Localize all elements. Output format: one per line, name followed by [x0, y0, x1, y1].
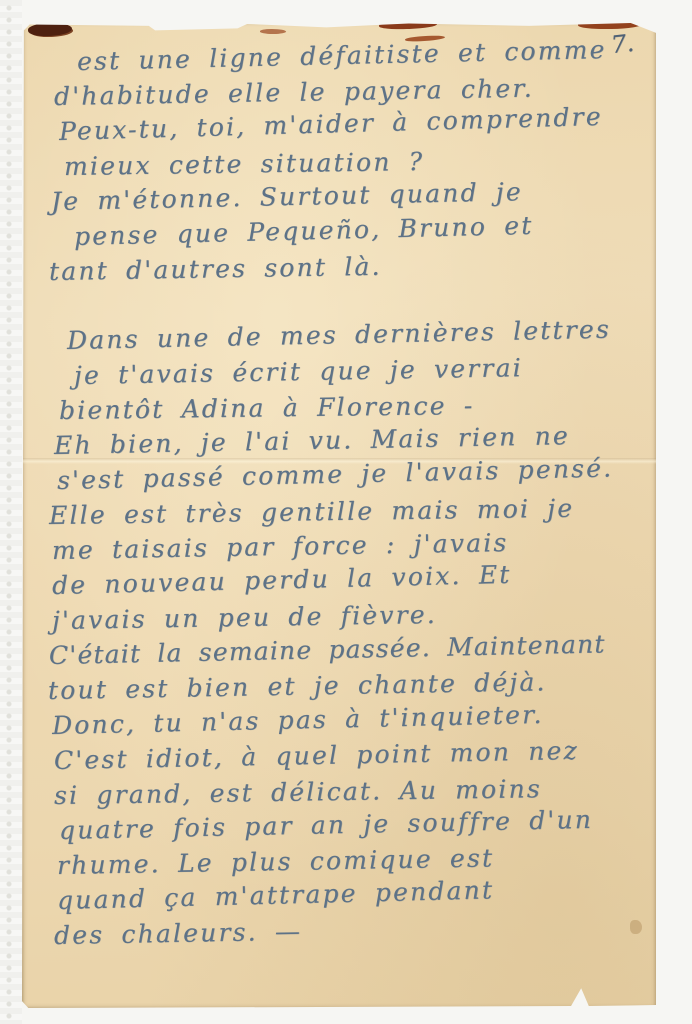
rust-stain	[578, 19, 642, 29]
paragraph: Dans une de mes dernières lettres je t'a…	[48, 323, 640, 953]
tear-mark	[28, 22, 73, 37]
rust-stain	[379, 20, 437, 30]
letter-body: est une ligne défaitiste et comme d'habi…	[48, 44, 640, 953]
rust-stain	[260, 29, 286, 34]
letter-page: 7. est une ligne défaitiste et comme d'h…	[22, 20, 656, 1009]
paragraph: est une ligne défaitiste et comme d'habi…	[48, 44, 640, 289]
scanner-edge-texture	[0, 0, 22, 1024]
